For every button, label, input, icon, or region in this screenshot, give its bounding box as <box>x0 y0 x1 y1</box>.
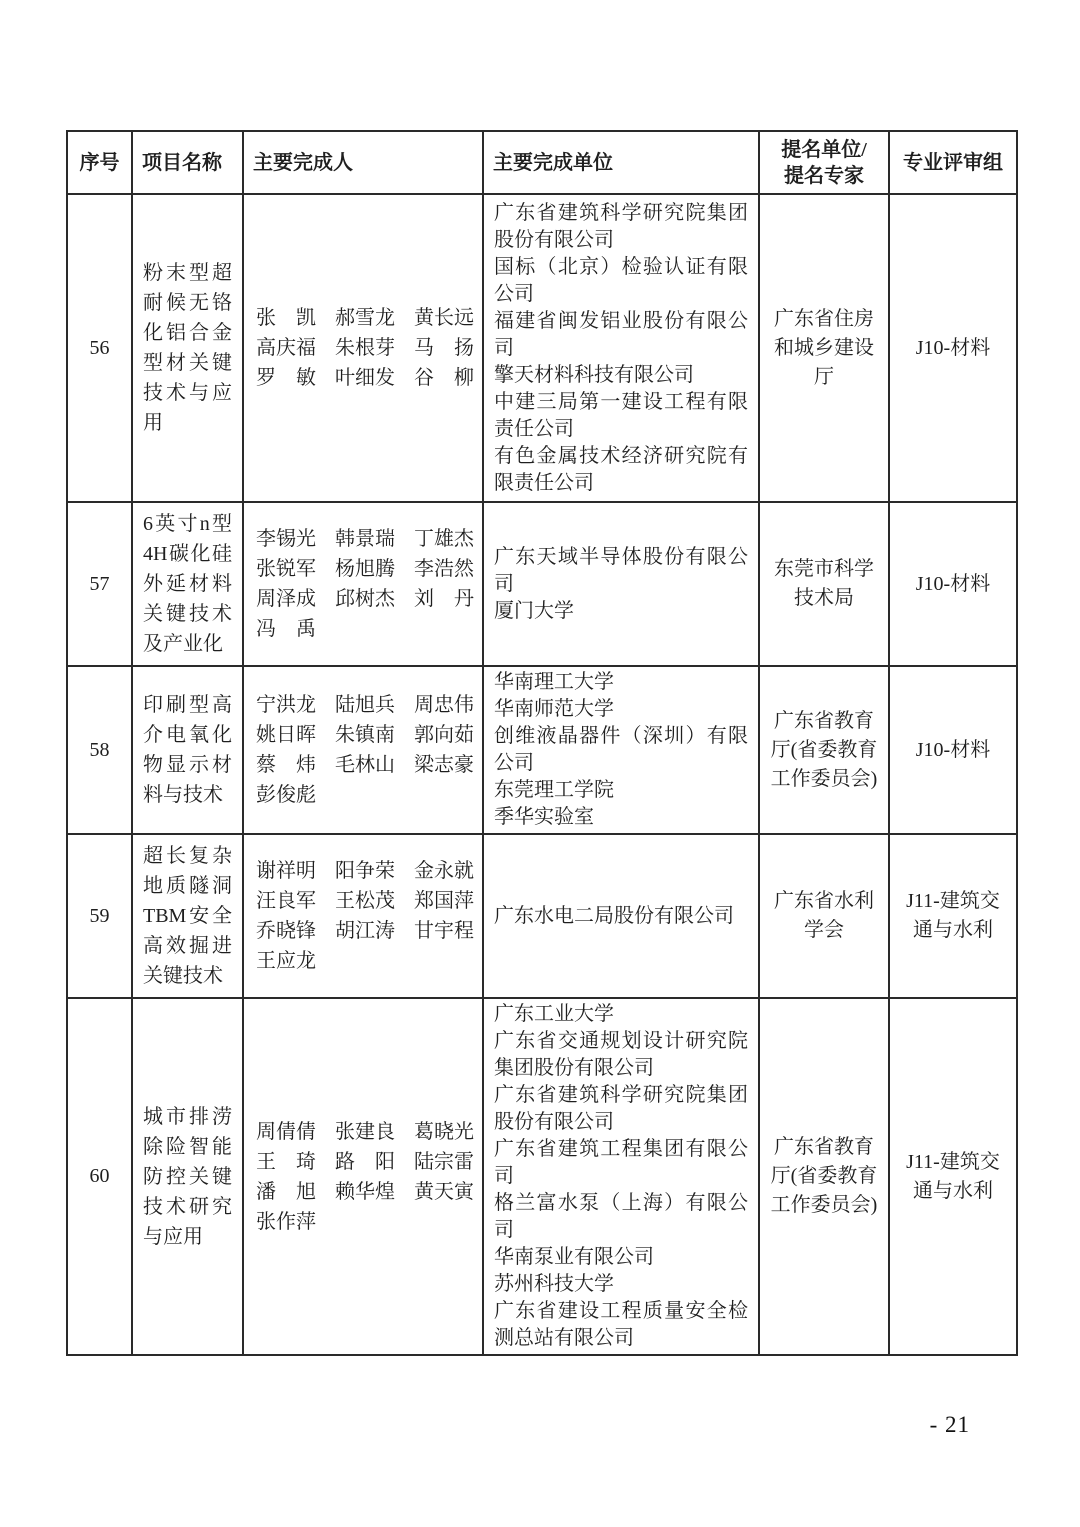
table-row: 60城市排涝除险智能防控关键技术研究与应用周倩倩张建良葛晓光王琦路阳陆宗雷潘旭赖… <box>67 998 1017 1355</box>
person-name: 周忠伟 <box>414 690 474 720</box>
person-name: 黄长远 <box>414 303 474 333</box>
serial-cell: 57 <box>67 502 132 666</box>
org-name: 广东省交通规划设计研究院集团股份有限公司 <box>494 1028 748 1082</box>
table-row: 56粉末型超耐候无铬化铝合金型材关键技术与应用张凯郝雪龙黄长远高庆福朱根芽马扬罗… <box>67 194 1017 502</box>
nominator-cell: 广东省水利学会 <box>759 834 889 998</box>
people-line: 张作萍 <box>256 1207 482 1237</box>
person-name: 高庆福 <box>256 333 316 363</box>
person-name: 郑国萍 <box>414 886 474 916</box>
table-row: 59超长复杂地质隧洞TBM安全高效掘进关键技术谢祥明阳争荣金永就汪良军王松茂郑国… <box>67 834 1017 998</box>
people-line: 周倩倩张建良葛晓光 <box>256 1117 482 1147</box>
org-name: 有色金属技术经济研究院有限责任公司 <box>494 443 748 497</box>
org-name: 广东省建筑工程集团有限公司 <box>494 1136 748 1190</box>
person-name: 叶细发 <box>335 363 395 393</box>
person-name: 李锡光 <box>256 524 316 554</box>
panel-name: J11-建筑交通与水利 <box>898 1148 1008 1206</box>
person-name: 梁志豪 <box>414 750 474 780</box>
orgs-cell: 华南理工大学华南师范大学创维液晶器件（深圳）有限公司东莞理工学院季华实验室 <box>483 666 759 834</box>
person-name: 周泽成 <box>256 584 316 614</box>
panel-name: J10-材料 <box>898 334 1008 363</box>
person-name: 朱根芽 <box>335 333 395 363</box>
nominator-cell: 广东省教育厅(省委教育工作委员会) <box>759 666 889 834</box>
people-line: 罗敏叶细发谷柳 <box>256 363 482 393</box>
person-name: 葛晓光 <box>414 1117 474 1147</box>
table-header: 序号 项目名称 主要完成人 主要完成单位 提名单位/ 提名专家 专业评审组 <box>67 131 1017 194</box>
person-name: 韩景瑞 <box>335 524 395 554</box>
page-number: - 21 <box>930 1412 970 1438</box>
org-name: 中建三局第一建设工程有限责任公司 <box>494 389 748 443</box>
person-name: 胡江涛 <box>335 916 395 946</box>
orgs-cell: 广东天域半导体股份有限公司厦门大学 <box>483 502 759 666</box>
orgs-cell: 广东工业大学广东省交通规划设计研究院集团股份有限公司广东省建筑科学研究院集团股份… <box>483 998 759 1355</box>
person-name: 王松茂 <box>335 886 395 916</box>
project-name: 印刷型高介电氧化物显示材料与技术 <box>143 690 232 810</box>
header-row: 序号 项目名称 主要完成人 主要完成单位 提名单位/ 提名专家 专业评审组 <box>67 131 1017 194</box>
nominator-name: 广东省水利学会 <box>768 887 880 945</box>
person-name: 张锐军 <box>256 554 316 584</box>
nominator-cell: 广东省住房和城乡建设厅 <box>759 194 889 502</box>
orgs-cell: 广东省建筑科学研究院集团股份有限公司国标（北京）检验认证有限公司福建省闽发铝业股… <box>483 194 759 502</box>
org-name: 广东水电二局股份有限公司 <box>494 903 748 930</box>
nominator-cell: 广东省教育厅(省委教育工作委员会) <box>759 998 889 1355</box>
serial-cell: 58 <box>67 666 132 834</box>
people-cell: 李锡光韩景瑞丁雄杰张锐军杨旭腾李浩然周泽成邱树杰刘丹冯禹 <box>243 502 483 666</box>
org-name: 创维液晶器件（深圳）有限公司 <box>494 723 748 777</box>
people-cell: 谢祥明阳争荣金永就汪良军王松茂郑国萍乔晓锋胡江涛甘宇程王应龙 <box>243 834 483 998</box>
person-name: 张建良 <box>335 1117 395 1147</box>
org-name: 厦门大学 <box>494 598 748 625</box>
person-name: 宁洪龙 <box>256 690 316 720</box>
org-name: 擎天材料科技有限公司 <box>494 362 748 389</box>
award-projects-table: 序号 项目名称 主要完成人 主要完成单位 提名单位/ 提名专家 专业评审组 56… <box>66 130 1018 1356</box>
org-name: 广东省建筑科学研究院集团股份有限公司 <box>494 1082 748 1136</box>
org-name: 格兰富水泵（上海）有限公司 <box>494 1190 748 1244</box>
person-name: 黄天寅 <box>414 1177 474 1207</box>
person-name: 马扬 <box>414 333 474 363</box>
people-line: 冯禹 <box>256 614 482 644</box>
header-main-contributors: 主要完成人 <box>243 131 483 194</box>
serial-cell: 56 <box>67 194 132 502</box>
person-name: 刘丹 <box>414 584 474 614</box>
person-name: 郭向茹 <box>414 720 474 750</box>
project-name: 6英寸n型4H碳化硅外延材料关键技术及产业化 <box>143 509 232 659</box>
people-line: 周泽成邱树杰刘丹 <box>256 584 482 614</box>
panel-cell: J11-建筑交通与水利 <box>889 998 1017 1355</box>
person-name: 彭俊彪 <box>256 780 316 810</box>
project-name: 粉末型超耐候无铬化铝合金型材关键技术与应用 <box>143 258 232 438</box>
person-name: 赖华煌 <box>335 1177 395 1207</box>
person-name: 乔晓锋 <box>256 916 316 946</box>
org-name: 广东省建设工程质量安全检测总站有限公司 <box>494 1298 748 1352</box>
org-name: 广东省建筑科学研究院集团股份有限公司 <box>494 200 748 254</box>
person-name: 丁雄杰 <box>414 524 474 554</box>
table-row: 576英寸n型4H碳化硅外延材料关键技术及产业化李锡光韩景瑞丁雄杰张锐军杨旭腾李… <box>67 502 1017 666</box>
people-cell: 周倩倩张建良葛晓光王琦路阳陆宗雷潘旭赖华煌黄天寅张作萍 <box>243 998 483 1355</box>
project-cell: 印刷型高介电氧化物显示材料与技术 <box>132 666 243 834</box>
people-cell: 张凯郝雪龙黄长远高庆福朱根芽马扬罗敏叶细发谷柳 <box>243 194 483 502</box>
person-name: 李浩然 <box>414 554 474 584</box>
person-name: 王应龙 <box>256 946 316 976</box>
nominator-name: 广东省教育厅(省委教育工作委员会) <box>768 707 880 794</box>
people-line: 王应龙 <box>256 946 482 976</box>
orgs-cell: 广东水电二局股份有限公司 <box>483 834 759 998</box>
people-line: 张凯郝雪龙黄长远 <box>256 303 482 333</box>
people-line: 张锐军杨旭腾李浩然 <box>256 554 482 584</box>
table-body: 56粉末型超耐候无铬化铝合金型材关键技术与应用张凯郝雪龙黄长远高庆福朱根芽马扬罗… <box>67 194 1017 1355</box>
header-nominator: 提名单位/ 提名专家 <box>759 131 889 194</box>
people-line: 乔晓锋胡江涛甘宇程 <box>256 916 482 946</box>
project-cell: 城市排涝除险智能防控关键技术研究与应用 <box>132 998 243 1355</box>
person-name: 谢祥明 <box>256 856 316 886</box>
person-name: 谷柳 <box>414 363 474 393</box>
people-cell: 宁洪龙陆旭兵周忠伟姚日晖朱镇南郭向茹蔡炜毛林山梁志豪彭俊彪 <box>243 666 483 834</box>
org-name: 东莞理工学院 <box>494 777 748 804</box>
panel-cell: J10-材料 <box>889 502 1017 666</box>
person-name: 金永就 <box>414 856 474 886</box>
header-project-name: 项目名称 <box>132 131 243 194</box>
org-name: 华南理工大学 <box>494 669 748 696</box>
org-name: 苏州科技大学 <box>494 1271 748 1298</box>
person-name: 王琦 <box>256 1147 316 1177</box>
table-row: 58印刷型高介电氧化物显示材料与技术宁洪龙陆旭兵周忠伟姚日晖朱镇南郭向茹蔡炜毛林… <box>67 666 1017 834</box>
project-name: 城市排涝除险智能防控关键技术研究与应用 <box>143 1102 232 1252</box>
person-name: 郝雪龙 <box>335 303 395 333</box>
org-name: 华南师范大学 <box>494 696 748 723</box>
org-name: 广东工业大学 <box>494 1001 748 1028</box>
org-name: 福建省闽发铝业股份有限公司 <box>494 308 748 362</box>
serial-cell: 60 <box>67 998 132 1355</box>
people-line: 谢祥明阳争荣金永就 <box>256 856 482 886</box>
person-name: 阳争荣 <box>335 856 395 886</box>
person-name: 蔡炜 <box>256 750 316 780</box>
people-line: 蔡炜毛林山梁志豪 <box>256 750 482 780</box>
person-name: 陆宗雷 <box>414 1147 474 1177</box>
person-name: 甘宇程 <box>414 916 474 946</box>
nominator-cell: 东莞市科学技术局 <box>759 502 889 666</box>
nominator-name: 广东省教育厅(省委教育工作委员会) <box>768 1133 880 1220</box>
person-name: 冯禹 <box>256 614 316 644</box>
header-review-panel: 专业评审组 <box>889 131 1017 194</box>
people-line: 潘旭赖华煌黄天寅 <box>256 1177 482 1207</box>
panel-cell: J10-材料 <box>889 666 1017 834</box>
person-name: 杨旭腾 <box>335 554 395 584</box>
project-name: 超长复杂地质隧洞TBM安全高效掘进关键技术 <box>143 841 232 991</box>
person-name: 潘旭 <box>256 1177 316 1207</box>
org-name: 华南泵业有限公司 <box>494 1244 748 1271</box>
person-name: 周倩倩 <box>256 1117 316 1147</box>
person-name: 张作萍 <box>256 1207 316 1237</box>
person-name: 陆旭兵 <box>335 690 395 720</box>
panel-name: J10-材料 <box>898 570 1008 599</box>
people-line: 姚日晖朱镇南郭向茹 <box>256 720 482 750</box>
panel-name: J11-建筑交通与水利 <box>898 887 1008 945</box>
person-name: 朱镇南 <box>335 720 395 750</box>
project-cell: 6英寸n型4H碳化硅外延材料关键技术及产业化 <box>132 502 243 666</box>
people-line: 宁洪龙陆旭兵周忠伟 <box>256 690 482 720</box>
person-name: 汪良军 <box>256 886 316 916</box>
people-line: 汪良军王松茂郑国萍 <box>256 886 482 916</box>
panel-name: J10-材料 <box>898 736 1008 765</box>
people-line: 李锡光韩景瑞丁雄杰 <box>256 524 482 554</box>
header-serial: 序号 <box>67 131 132 194</box>
serial-cell: 59 <box>67 834 132 998</box>
person-name: 姚日晖 <box>256 720 316 750</box>
project-cell: 粉末型超耐候无铬化铝合金型材关键技术与应用 <box>132 194 243 502</box>
person-name: 路阳 <box>335 1147 395 1177</box>
person-name: 罗敏 <box>256 363 316 393</box>
project-cell: 超长复杂地质隧洞TBM安全高效掘进关键技术 <box>132 834 243 998</box>
person-name: 张凯 <box>256 303 316 333</box>
nominator-name: 东莞市科学技术局 <box>768 555 880 613</box>
people-line: 彭俊彪 <box>256 780 482 810</box>
document-page: 序号 项目名称 主要完成人 主要完成单位 提名单位/ 提名专家 专业评审组 56… <box>0 0 1080 1527</box>
panel-cell: J11-建筑交通与水利 <box>889 834 1017 998</box>
org-name: 广东天域半导体股份有限公司 <box>494 544 748 598</box>
org-name: 国标（北京）检验认证有限公司 <box>494 254 748 308</box>
people-line: 王琦路阳陆宗雷 <box>256 1147 482 1177</box>
org-name: 季华实验室 <box>494 804 748 831</box>
person-name: 毛林山 <box>335 750 395 780</box>
person-name: 邱树杰 <box>335 584 395 614</box>
people-line: 高庆福朱根芽马扬 <box>256 333 482 363</box>
panel-cell: J10-材料 <box>889 194 1017 502</box>
header-main-organizations: 主要完成单位 <box>483 131 759 194</box>
nominator-name: 广东省住房和城乡建设厅 <box>768 305 880 392</box>
